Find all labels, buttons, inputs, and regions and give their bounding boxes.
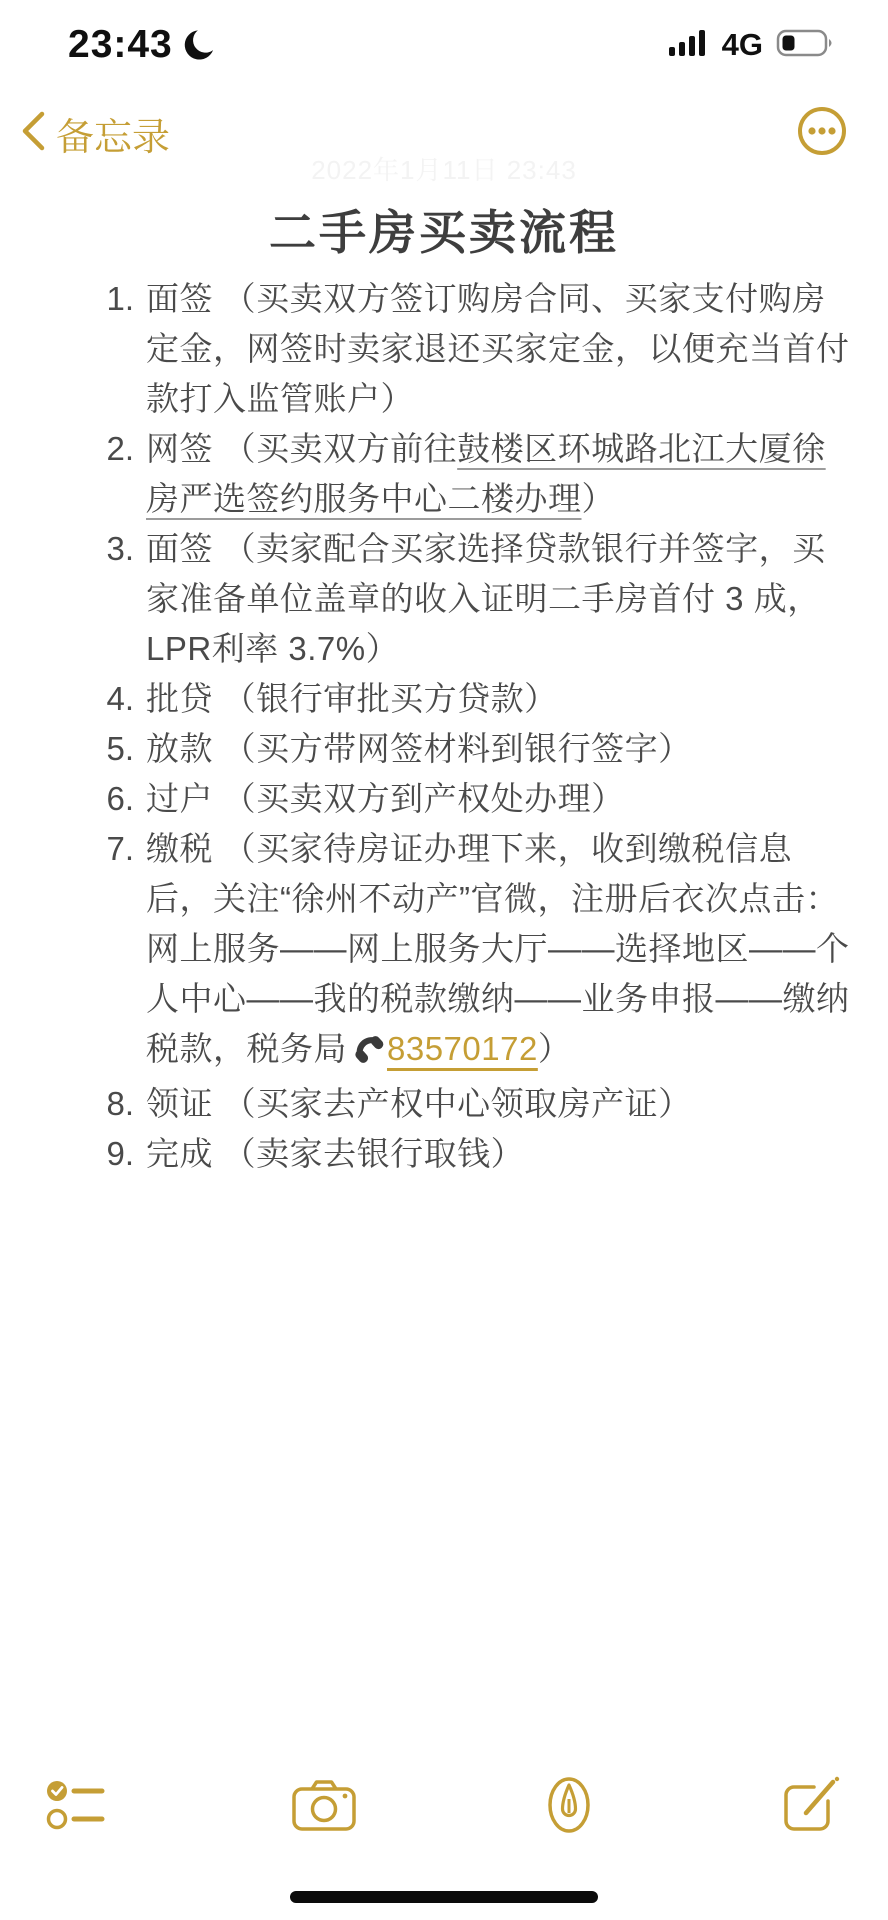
status-right: 4G bbox=[667, 27, 838, 64]
list-item-text: 完成 （卖家去银行取钱） bbox=[146, 1129, 852, 1179]
phone-number-link[interactable]: 83570172 bbox=[387, 1030, 538, 1067]
list-item: 4. 批贷 （银行审批买方贷款） bbox=[82, 674, 856, 724]
list-item-text: 面签 （买卖双方签订购房合同、买家支付购房定金，网签时卖家退还买家定金，以便充当… bbox=[146, 274, 852, 424]
list-item-number: 9. bbox=[82, 1129, 134, 1179]
compose-icon bbox=[780, 1775, 842, 1840]
list-item: 5. 放款 （买方带网签材料到银行签字） bbox=[82, 724, 856, 774]
moon-icon bbox=[181, 27, 217, 63]
status-left: 23:43 bbox=[68, 23, 217, 67]
list-item: 6. 过户 （买卖双方到产权处办理） bbox=[82, 774, 856, 824]
compose-note-button[interactable] bbox=[780, 1775, 842, 1840]
list-item-number: 3. bbox=[82, 524, 134, 674]
list-item-text-suffix: ） bbox=[538, 1030, 572, 1067]
list-item-number: 8. bbox=[82, 1079, 134, 1129]
camera-button[interactable] bbox=[291, 1778, 357, 1837]
checklist-button[interactable] bbox=[46, 1779, 108, 1836]
note-date-line: 2022年1月11日 23:43 bbox=[0, 150, 888, 187]
telephone-receiver-icon bbox=[351, 1029, 385, 1079]
list-item-number: 2. bbox=[82, 424, 134, 524]
home-indicator[interactable] bbox=[290, 1891, 598, 1903]
notes-app-screen: 23:43 4G bbox=[0, 0, 888, 1920]
checklist-icon bbox=[46, 1779, 108, 1836]
list-item-number: 7. bbox=[82, 824, 134, 1079]
list-item-text-prefix: 网签 （买卖双方前往 bbox=[146, 430, 457, 467]
list-item-text: 面签 （卖家配合买家选择贷款银行并签字，买家准备单位盖章的收入证明二手房首付 3… bbox=[146, 524, 852, 674]
list-item-text: 批贷 （银行审批买方贷款） bbox=[146, 674, 852, 724]
bottom-toolbar bbox=[0, 1768, 888, 1846]
clock-time: 23:43 bbox=[68, 23, 173, 67]
list-item: 1. 面签 （买卖双方签订购房合同、买家支付购房定金，网签时卖家退还买家定金，以… bbox=[82, 274, 856, 424]
note-body[interactable]: 1. 面签 （买卖双方签订购房合同、买家支付购房定金，网签时卖家退还买家定金，以… bbox=[82, 274, 856, 1179]
list-item-text: 过户 （买卖双方到产权处办理） bbox=[146, 774, 852, 824]
list-item-number: 1. bbox=[82, 274, 134, 424]
list-item-text-suffix: ） bbox=[582, 480, 616, 517]
list-item-number: 4. bbox=[82, 674, 134, 724]
list-item-text: 缴税 （买家待房证办理下来，收到缴税信息后，关注“徐州不动产”官微，注册后衣次点… bbox=[146, 824, 852, 1079]
list-item: 3. 面签 （卖家配合买家选择贷款银行并签字，买家准备单位盖章的收入证明二手房首… bbox=[82, 524, 856, 674]
list-item: 8. 领证 （买家去产权中心领取房产证） bbox=[82, 1079, 856, 1129]
camera-icon bbox=[291, 1778, 357, 1837]
status-bar: 23:43 4G bbox=[0, 16, 888, 74]
markup-pen-button[interactable] bbox=[541, 1775, 597, 1840]
list-item-text: 网签 （买卖双方前往鼓楼区环城路北江大厦徐房严选签约服务中心二楼办理） bbox=[146, 424, 852, 524]
note-title: 二手房买卖流程 bbox=[0, 196, 888, 263]
signal-bars-icon bbox=[667, 28, 709, 63]
network-type-label: 4G bbox=[722, 27, 763, 63]
list-item-number: 5. bbox=[82, 724, 134, 774]
list-item-text: 放款 （买方带网签材料到银行签字） bbox=[146, 724, 852, 774]
list-item-number: 6. bbox=[82, 774, 134, 824]
list-item: 7. 缴税 （买家待房证办理下来，收到缴税信息后，关注“徐州不动产”官微，注册后… bbox=[82, 824, 856, 1079]
markup-pen-icon bbox=[541, 1775, 597, 1840]
list-item: 2. 网签 （买卖双方前往鼓楼区环城路北江大厦徐房严选签约服务中心二楼办理） bbox=[82, 424, 856, 524]
list-item-text: 领证 （买家去产权中心领取房产证） bbox=[146, 1079, 852, 1129]
battery-icon bbox=[776, 27, 838, 64]
list-item: 9. 完成 （卖家去银行取钱） bbox=[82, 1129, 856, 1179]
